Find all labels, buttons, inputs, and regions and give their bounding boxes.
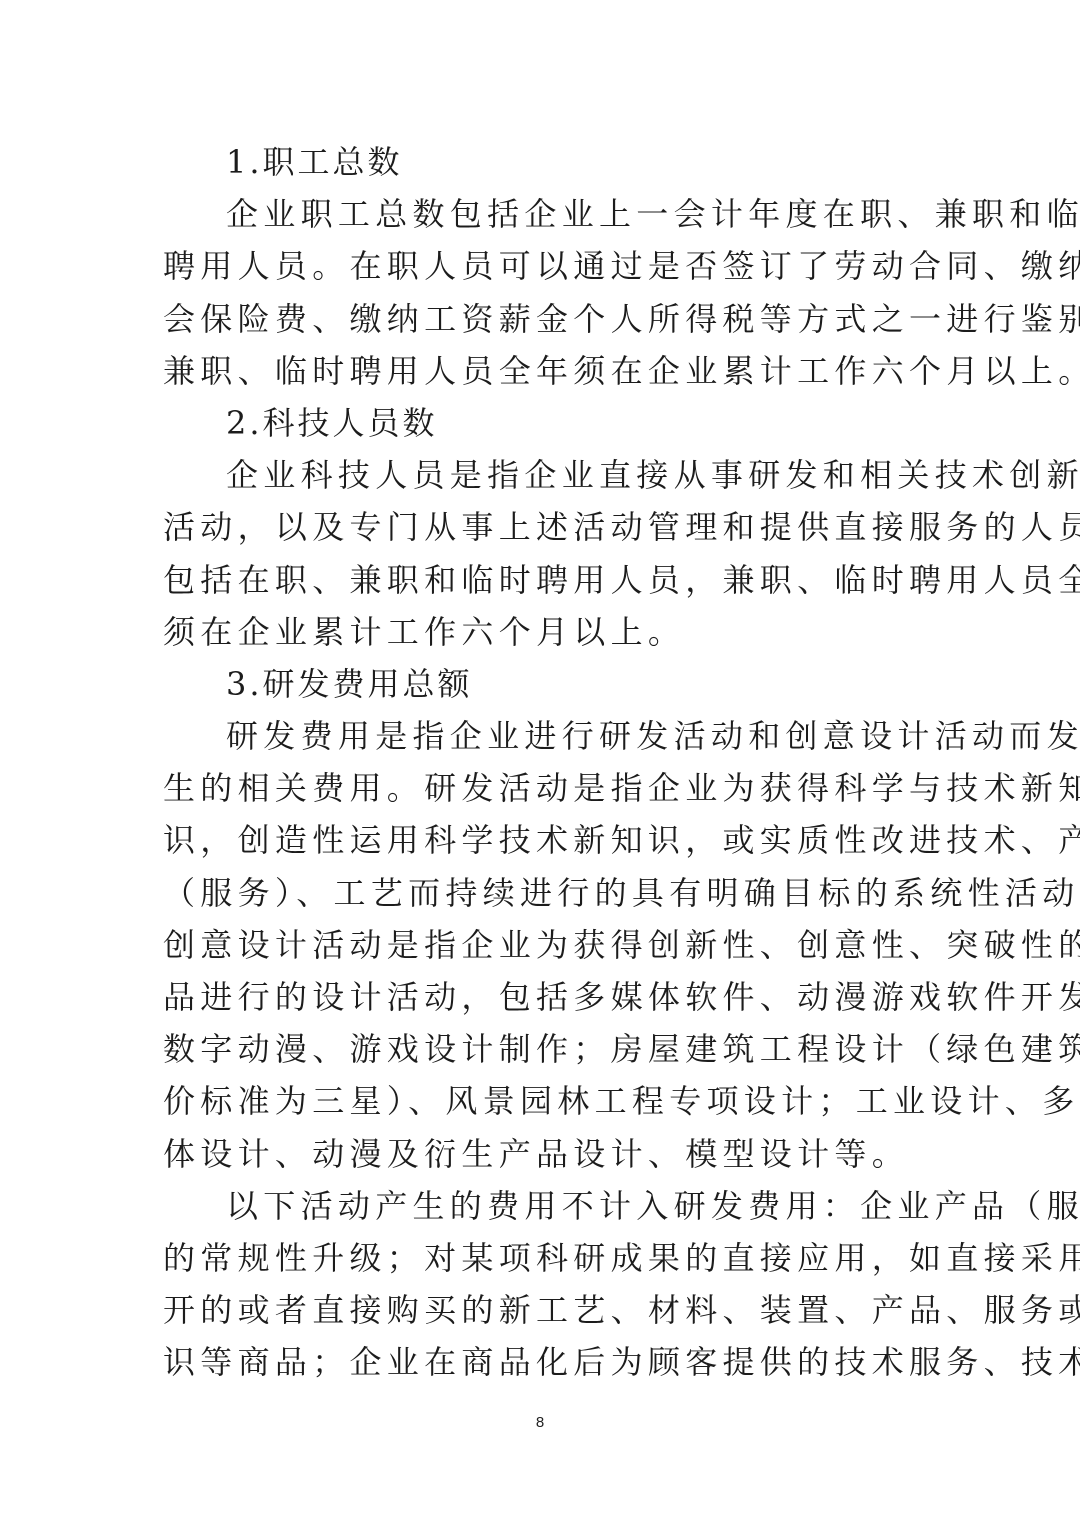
- paragraph: 以下活动产生的费用不计入研发费用：企业产品（服务） 的常规性升级；对某项科研成果…: [163, 1180, 923, 1389]
- paragraph-line: 企业职工总数包括企业上一会计年度在职、兼职和临时: [163, 188, 923, 240]
- paragraph-line: 创意设计活动是指企业为获得创新性、创意性、突破性的产: [163, 919, 923, 971]
- document-body: 1.职工总数 企业职工总数包括企业上一会计年度在职、兼职和临时 聘用人员。在职人…: [163, 136, 923, 1389]
- document-page: 1.职工总数 企业职工总数包括企业上一会计年度在职、兼职和临时 聘用人员。在职人…: [0, 0, 1080, 1526]
- paragraph: 研发费用是指企业进行研发活动和创意设计活动而发 生的相关费用。研发活动是指企业为…: [163, 710, 923, 1180]
- section-heading: 2.科技人员数: [163, 397, 923, 449]
- paragraph-line: 体设计、动漫及衍生产品设计、模型设计等。: [163, 1128, 923, 1180]
- paragraph: 企业职工总数包括企业上一会计年度在职、兼职和临时 聘用人员。在职人员可以通过是否…: [163, 188, 923, 397]
- paragraph-line: 识等商品；企业在商品化后为顾客提供的技术服务、技术咨: [163, 1336, 923, 1388]
- paragraph-line: 价标准为三星）、风景园林工程专项设计；工业设计、多媒: [163, 1075, 923, 1127]
- paragraph-line: 会保险费、缴纳工资薪金个人所得税等方式之一进行鉴别，: [163, 293, 923, 345]
- paragraph-line: 数字动漫、游戏设计制作；房屋建筑工程设计（绿色建筑评: [163, 1023, 923, 1075]
- section-rd-expense-total: 3.研发费用总额 研发费用是指企业进行研发活动和创意设计活动而发 生的相关费用。…: [163, 658, 923, 1389]
- paragraph-line: 活动，以及专门从事上述活动管理和提供直接服务的人员，: [163, 501, 923, 553]
- section-heading: 1.职工总数: [163, 136, 923, 188]
- paragraph-line: 包括在职、兼职和临时聘用人员，兼职、临时聘用人员全年: [163, 554, 923, 606]
- page-number: 8: [0, 1414, 1080, 1431]
- paragraph-line: 兼职、临时聘用人员全年须在企业累计工作六个月以上。: [163, 345, 923, 397]
- paragraph-line: 以下活动产生的费用不计入研发费用：企业产品（服务）: [163, 1180, 923, 1232]
- paragraph-line: 聘用人员。在职人员可以通过是否签订了劳动合同、缴纳社: [163, 240, 923, 292]
- section-heading: 3.研发费用总额: [163, 658, 923, 710]
- section-tech-staff-count: 2.科技人员数 企业科技人员是指企业直接从事研发和相关技术创新 活动，以及专门从…: [163, 397, 923, 658]
- section-employee-total: 1.职工总数 企业职工总数包括企业上一会计年度在职、兼职和临时 聘用人员。在职人…: [163, 136, 923, 397]
- paragraph-line: 的常规性升级；对某项科研成果的直接应用，如直接采用公: [163, 1232, 923, 1284]
- paragraph-line: 生的相关费用。研发活动是指企业为获得科学与技术新知: [163, 762, 923, 814]
- paragraph-line: 品进行的设计活动，包括多媒体软件、动漫游戏软件开发，: [163, 971, 923, 1023]
- paragraph-line: 研发费用是指企业进行研发活动和创意设计活动而发: [163, 710, 923, 762]
- paragraph-line: 开的或者直接购买的新工艺、材料、装置、产品、服务或知: [163, 1284, 923, 1336]
- paragraph: 企业科技人员是指企业直接从事研发和相关技术创新 活动，以及专门从事上述活动管理和…: [163, 449, 923, 658]
- paragraph-line: 须在企业累计工作六个月以上。: [163, 606, 923, 658]
- paragraph-line: 识，创造性运用科学技术新知识，或实质性改进技术、产品: [163, 814, 923, 866]
- paragraph-line: （服务）、工艺而持续进行的具有明确目标的系统性活动。: [163, 867, 923, 919]
- paragraph-line: 企业科技人员是指企业直接从事研发和相关技术创新: [163, 449, 923, 501]
